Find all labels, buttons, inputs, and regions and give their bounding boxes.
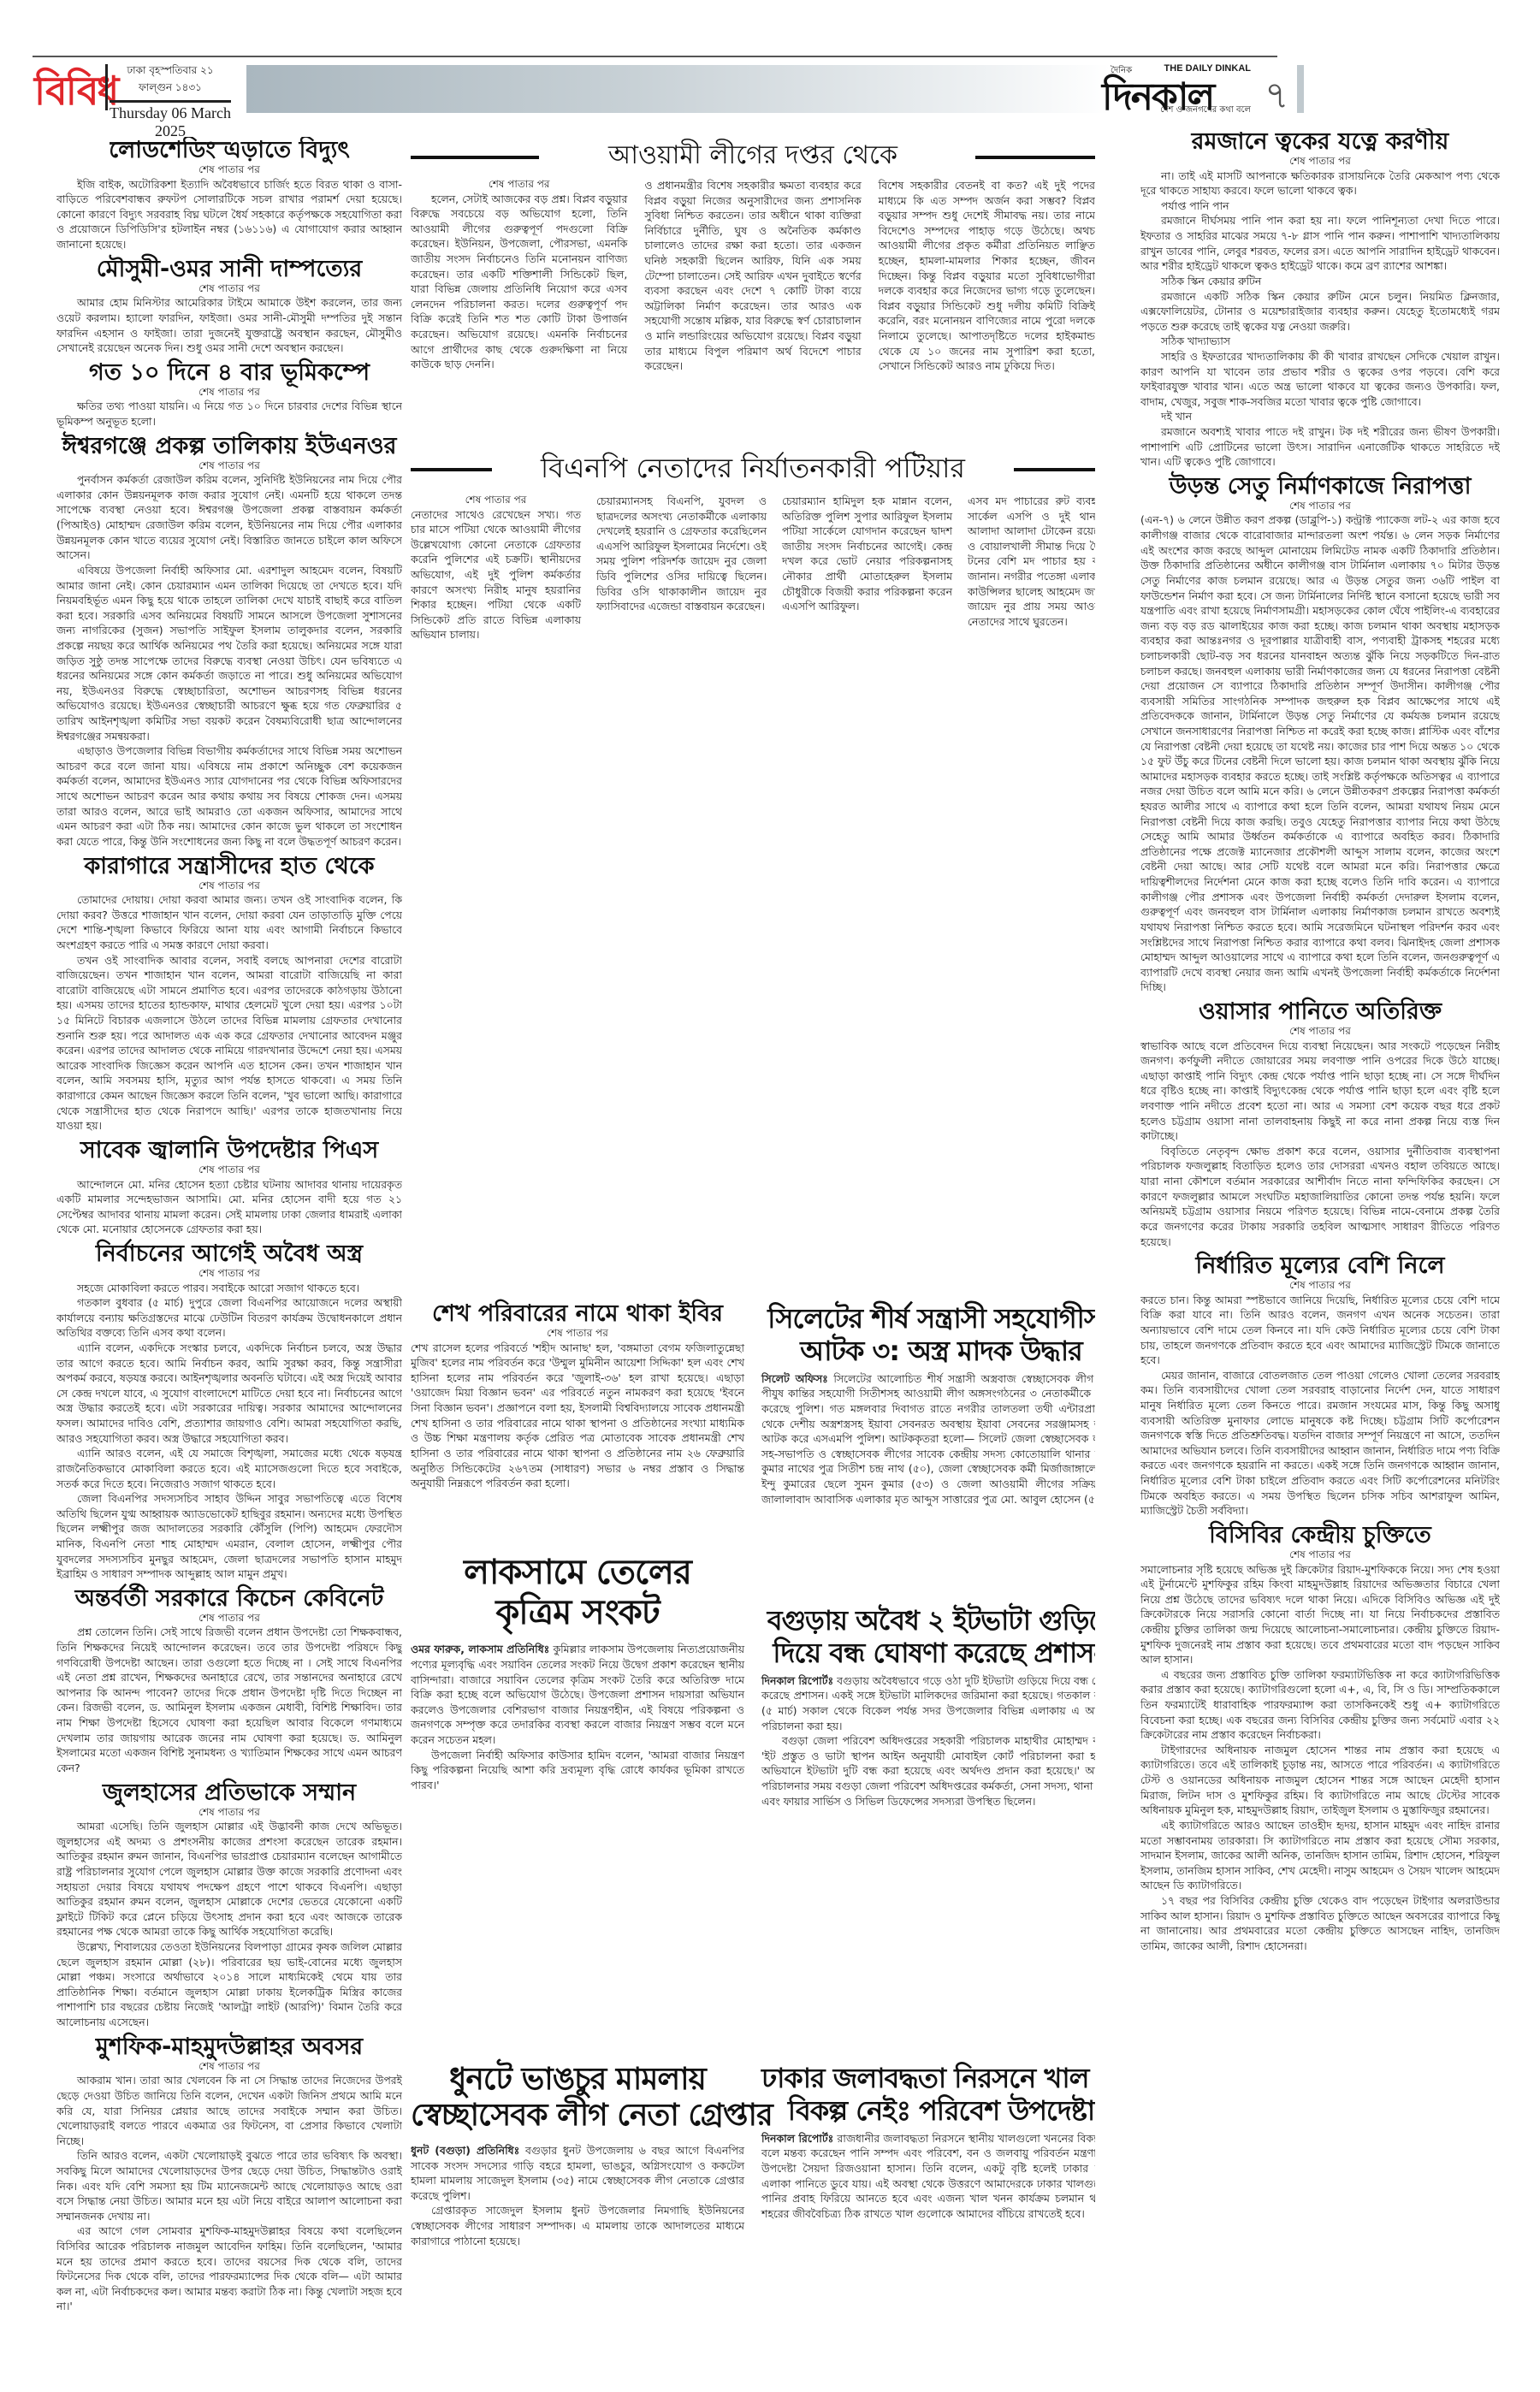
paragraph: এই ক্যাটাগরিতে আরও আছেন তাওহীদ হৃদয়, হা… [1140, 1818, 1500, 1893]
subheading: দই খান [1140, 409, 1500, 424]
story-headline: অন্তর্বর্তী সরকারে কিচেন কেবিনেট [56, 1585, 402, 1612]
text-column: এসব মদ পাচারের রুট ব্যবহার করতে সার্কেল … [968, 494, 1095, 642]
story-sylhet-arrest: সিলেটের শীর্ষ সন্ত্রাসী সহযোগীসহ আটক ৩: … [761, 1302, 1095, 1507]
paragraph: (এন-৭) ৬ লেনে উন্নীত করণ প্রকল্প (ডাব্লু… [1140, 512, 1500, 995]
story-body: আকরাম খান। তারা আর খেলবেন কি না সে সিদ্ধ… [56, 2073, 402, 2314]
headline-rule-right [1014, 468, 1095, 471]
story-headline: কারাগারে সন্ত্রাসীদের হাত থেকে [56, 853, 402, 879]
paragraph: ওমর ফারুক, লাকসাম প্রতিনিধিঃ কুমিল্লার ল… [411, 1642, 744, 1747]
paragraph-text: রাজধানীর জলাবদ্ধতা নিরসনে স্থানীয় খালগু… [761, 2132, 1095, 2220]
paragraph: নেতাদের সাথেও রেখেছেন সখ্য। গত চার মাসে … [411, 507, 581, 642]
story-body: করতে চান। কিন্তু আমরা স্পষ্টভাবে জানিয়ে… [1140, 1293, 1500, 1519]
story-body: শেখ রাসেল হলের পরিবর্তে 'শহীদ আনাছ' হল, … [411, 1341, 744, 1491]
story-headline: বিসিবির কেন্দ্রীয় চুক্তিতে [1140, 1522, 1500, 1548]
story-kitchen-cabinet: অন্তর্বর্তী সরকারে কিচেন কেবিনেট শেষ পাত… [56, 1585, 402, 1776]
continued-label: শেষ পাতার পর [411, 178, 627, 192]
story-ishwarganj: ঈশ্বরগঞ্জে প্রকল্প তালিকায় ইউএনওর শেষ প… [56, 433, 402, 850]
text-column: বিশেষ সহকারীর বেতনই বা কত? এই দুই পদের ম… [879, 178, 1095, 374]
logo-name: দিনকাল [1102, 68, 1213, 131]
story-julhas: জুলহাসের প্রতিভাকে সম্মান শেষ পাতার পর আ… [56, 1779, 402, 2030]
story-headline: ঢাকার জলাবদ্ধতা নিরসনে খাল খননের [761, 2062, 1095, 2094]
paragraph: করতে চান। কিন্তু আমরা স্পষ্টভাবে জানিয়ে… [1140, 1293, 1500, 1368]
paragraph: সহজে মোকাবিলা করতে পারব। সবাইকে আরো সজাগ… [56, 1281, 402, 1296]
story-headline-line2: স্বেচ্ছাসেবক লীগ নেতা গ্রেপ্তার [411, 2098, 744, 2134]
story-mushfiq-retirement: মুশফিক-মাহমুদউল্লাহর অবসর শেষ পাতার পর আ… [56, 2034, 402, 2314]
story-ramadan-skincare: রমজানে ত্বকের যত্নে করণীয় শেষ পাতার পর … [1140, 128, 1500, 470]
paragraph: বিশেষ সহকারীর বেতনই বা কত? এই দুই পদের ম… [879, 178, 1095, 374]
paragraph: ও প্রধানমন্ত্রীর বিশেষ সহকারীর ক্ষমতা ব্… [644, 178, 861, 374]
story-headline-line2: বিকল্প নেইঃ পরিবেশ উপদেষ্টা [761, 2094, 1095, 2127]
text-column: চেয়ারম্যানসহ বিএনপি, যুবদল ও ছাত্রদলের … [596, 494, 767, 642]
story-body: দিনকাল রিপোর্টঃ বগুড়ায় অবৈধভাবে গড়ে ও… [761, 1673, 1095, 1809]
story-illegal-arms: নির্বাচনের আগেই অবৈধ অস্ত্র শেষ পাতার পর… [56, 1240, 402, 1582]
continued-label: শেষ পাতার পর [411, 494, 581, 507]
paragraph: রমজানে দীর্ঘসময় পানি পান করা হয় না। ফল… [1140, 213, 1500, 273]
story-prison: কারাগারে সন্ত্রাসীদের হাত থেকে শেষ পাতার… [56, 853, 402, 1134]
paragraph: না। তাই এই মাসটি আপনাকে ক্ষতিকারক রাসায়… [1140, 169, 1500, 198]
story-dhunat-arrest: ধুনটে ভাঙচুর মামলায় স্বেচ্ছাসেবক লীগ নে… [411, 2062, 744, 2248]
logo-tagline: দেশ ও জনগণের কথা বলে [1160, 104, 1251, 118]
continued-label: শেষ পাতার পর [56, 459, 402, 473]
story-fixed-price: নির্ধারিত মূল্যের বেশি নিলে শেষ পাতার পর… [1140, 1252, 1500, 1519]
story-body: না। তাই এই মাসটি আপনাকে ক্ষতিকারক রাসায়… [1140, 169, 1500, 470]
story-headline-banner: বিএনপি নেতাদের নির্যাতনকারী পটিয়ার [411, 449, 1095, 487]
paragraph: সাহরি ও ইফতারের খাদ্যতালিকায় কী কী খাবা… [1140, 349, 1500, 409]
story-body: (এন-৭) ৬ লেনে উন্নীত করণ প্রকল্প (ডাব্লু… [1140, 512, 1500, 995]
story-body: আমরা এসেছি। তিনি জুলহাস মোল্লার এই উদ্ভা… [56, 1819, 402, 2030]
paragraph: দিনকাল রিপোর্টঃ বগুড়ায় অবৈধভাবে গড়ে ও… [761, 1673, 1095, 1733]
page-masthead: বিবিধ ঢাকা বৃহস্পতিবার ২১ ফাল্গুন ১৪৩১ T… [33, 60, 1277, 120]
story-headline: নির্বাচনের আগেই অবৈধ অস্ত্র [56, 1240, 402, 1267]
story-body: ওমর ফারুক, লাকসাম প্রতিনিধিঃ কুমিল্লার ল… [411, 1642, 744, 1792]
story-headline: ঈশ্বরগঞ্জে প্রকল্প তালিকায় ইউএনওর [56, 433, 402, 459]
subheading: সঠিক স্কিন কেয়ার রুটিন [1140, 274, 1500, 289]
continued-label: শেষ পাতার পর [56, 1612, 402, 1625]
continued-label: শেষ পাতার পর [1140, 1548, 1500, 1562]
paragraph: এসব মদ পাচারের রুট ব্যবহার করতে সার্কেল … [968, 494, 1095, 629]
continued-label: শেষ পাতার পর [56, 879, 402, 893]
paragraph: পুনর্বাসন কর্মকর্তা রেজাউল করিম বলেন, সু… [56, 472, 402, 563]
story-headline: মৌসুমী-ওমর সানী দাম্পত্যের [56, 256, 402, 282]
right-column: রমজানে ত্বকের যত্নে করণীয় শেষ পাতার পর … [1140, 128, 1500, 2387]
continued-label: শেষ পাতার পর [56, 282, 402, 296]
paragraph: আকরাম খান। তারা আর খেলবেন কি না সে সিদ্ধ… [56, 2073, 402, 2148]
story-headline: ধুনটে ভাঙচুর মামলায় [411, 2062, 744, 2098]
story-sheikh-family-iu: শেখ পরিবারের নামে থাকা ইবির শেষ পাতার পর… [411, 1300, 744, 1491]
paragraph: প্রশ্ন তোলেন তিনি। সেই সাথে রিজভী বলেন প… [56, 1625, 402, 1775]
headline-rule-left [411, 156, 539, 159]
paragraph: মেয়র জানান, বাজারে বোতলজাত তেল পাওয়া গ… [1140, 1368, 1500, 1519]
story-headline: বিএনপি নেতাদের নির্যাতনকারী পটিয়ার [541, 452, 965, 484]
story-bogura-brickfield: বগুড়ায় অবৈধ ২ ইটভাটা গুড়িয়ে দিয়ে বন… [761, 1604, 1095, 1809]
story-headline: শেখ পরিবারের নামে থাকা ইবির [411, 1300, 744, 1327]
paragraph: আমার হোম মিনিস্টার আমেরিকার টাইমে আমাকে … [56, 295, 402, 355]
paragraph: রমজানে একটি সঠিক স্কিন কেয়ার রুটিন মেনে… [1140, 289, 1500, 335]
continued-label: শেষ পাতার পর [1140, 500, 1500, 513]
paragraph: এর আগে গেল সোমবার মুশফিক-মাহমুদউল্লাহর ব… [56, 2223, 402, 2314]
continued-label: শেষ পাতার পর [56, 2060, 402, 2074]
paragraph: চেয়ারম্যান হামিদুল হক মান্নান বলেন, অতি… [782, 494, 952, 614]
story-headline: নির্ধারিত মূল্যের বেশি নিলে [1140, 1252, 1500, 1279]
continued-label: শেষ পাতার পর [56, 1267, 402, 1281]
paragraph: সমালোচনার সৃষ্টি হয়েছে অভিজ্ঞ দুই ক্রিক… [1140, 1562, 1500, 1667]
header-rule [33, 56, 1277, 57]
story-body: পুনর্বাসন কর্মকর্তা রেজাউল করিম বলেন, সু… [56, 472, 402, 849]
date-bangla: ঢাকা বৃহস্পতিবার ২১ ফাল্গুন ১৪৩১ [110, 63, 231, 103]
paragraph: গতকাল বুধবার (৫ মার্চ) দুপুরে জেলা বিএনপ… [56, 1295, 402, 1341]
story-headline: মুশফিক-মাহমুদউল্লাহর অবসর [56, 2034, 402, 2060]
paragraph: উল্লেখ্য, শিবালয়ের তেওতা ইউনিয়নের বিলপ… [56, 1939, 402, 2030]
story-body: প্রশ্ন তোলেন তিনি। সেই সাথে রিজভী বলেন প… [56, 1625, 402, 1775]
story-headline: রমজানে ত্বকের যত্নে করণীয় [1140, 128, 1500, 155]
story-flyover-safety: উড়ন্ত সেতু নির্মাণকাজে নিরাপত্তা শেষ পা… [1140, 473, 1500, 995]
story-columns: শেষ পাতার পর নেতাদের সাথেও রেখেছেন সখ্য।… [411, 494, 1095, 642]
paragraph: টাইগারদের অধিনায়ক নাজমুল হোসেন শান্তর ন… [1140, 1743, 1500, 1818]
story-body: ক্ষতির তথ্য পাওয়া যায়নি। এ নিয়ে গত ১০… [56, 399, 402, 429]
paragraph: তিনি আরও বলেন, একটা খেলোয়াড়ই বুঝতে পার… [56, 2148, 402, 2223]
masthead-divider [105, 64, 108, 110]
header-banner [246, 65, 1111, 113]
text-column: শেষ পাতার পর নেতাদের সাথেও রেখেছেন সখ্য।… [411, 494, 581, 642]
byline: সিলেট অফিসঃ [761, 1372, 828, 1385]
story-headline: গত ১০ দিনে ৪ বার ভূমিকম্পে [56, 359, 402, 386]
byline: দিনকাল রিপোর্টঃ [761, 1674, 833, 1687]
byline: দিনকাল রিপোর্টঃ [761, 2132, 833, 2145]
story-headline: জুলহাসের প্রতিভাকে সম্মান [56, 1779, 402, 1806]
paragraph: গ্রেপ্তারকৃত সাজেদুল ইসলাম ধুনট উপজেলার … [411, 2203, 744, 2248]
paragraph: এ বছরের জন্য প্রস্তাবিত চুক্তি তালিকা ফর… [1140, 1667, 1500, 1743]
story-headline: বগুড়ায় অবৈধ ২ ইটভাটা গুড়িয়ে [761, 1604, 1095, 1637]
paragraph: ক্ষতির তথ্য পাওয়া যায়নি। এ নিয়ে গত ১০… [56, 399, 402, 429]
story-loadshedding: লোডশেডিং এড়াতে বিদ্যুৎ শেষ পাতার পর ইজি… [56, 137, 402, 252]
headline-rule-right [975, 156, 1095, 159]
date-block: ঢাকা বৃহস্পতিবার ২১ ফাল্গুন ১৪৩১ Thursda… [110, 63, 231, 145]
story-body: ধুনট (বগুড়া) প্রতিনিধিঃ বগুড়ার ধুনট উপ… [411, 2143, 744, 2248]
paragraph: রমজানে অবশ্যই খাবার পাতে দই রাখুন। টক দই… [1140, 424, 1500, 470]
story-body: আমার হোম মিনিস্টার আমেরিকার টাইমে আমাকে … [56, 295, 402, 355]
story-bnp-torturer: বিএনপি নেতাদের নির্যাতনকারী পটিয়ার শেষ … [411, 449, 1095, 1270]
paragraph: জেলা বিএনপির সদস্যসচিব সাহাব উদ্দিন সাবু… [56, 1491, 402, 1582]
paragraph: দিনকাল রিপোর্টঃ রাজধানীর জলাবদ্ধতা নিরসন… [761, 2131, 1095, 2222]
paragraph: ইজি বাইক, অটোরিকশা ইত্যাদি অবৈধভাবে চার্… [56, 177, 402, 252]
continued-label: শেষ পাতার পর [411, 1327, 744, 1341]
paragraph-text: কুমিল্লার লাকসাম উপজেলায় নিত্যপ্রয়োজনী… [411, 1643, 744, 1746]
story-laksam-oil-crisis: লাকসামে তেলের কৃত্রিম সংকট ওমর ফারুক, লা… [411, 1553, 744, 1792]
story-headline-line2: কৃত্রিম সংকট [411, 1593, 744, 1633]
left-column: লোডশেডিং এড়াতে বিদ্যুৎ শেষ পাতার পর ইজি… [56, 137, 402, 2378]
continued-label: শেষ পাতার পর [56, 1163, 402, 1177]
story-wasa-water: ওয়াসার পানিতে অতিরিক্ত শেষ পাতার পর স্ব… [1140, 998, 1500, 1249]
paragraph: ধুনট (বগুড়া) প্রতিনিধিঃ বগুড়ার ধুনট উপ… [411, 2143, 744, 2203]
paragraph: চেয়ারম্যানসহ বিএনপি, যুবদল ও ছাত্রদলের … [596, 494, 767, 614]
paragraph: আন্দোলনে মো. মনির হোসেন হত্যা চেষ্টার ঘট… [56, 1177, 402, 1237]
continued-label: শেষ পাতার পর [56, 386, 402, 400]
story-body: তোমাদের দোয়ায়। দোয়া করবা আমার জন্য। ত… [56, 892, 402, 1134]
paragraph: বগুড়া জেলা পরিবেশ অধিদপ্তরের সহকারী পরি… [761, 1733, 1095, 1809]
story-body: ইজি বাইক, অটোরিকশা ইত্যাদি অবৈধভাবে চার্… [56, 177, 402, 252]
paragraph: এবিষয়ে উপজেলা নির্বাহী অফিসার মো. এরশাদ… [56, 563, 402, 743]
byline: ওমর ফারুক, লাকসাম প্রতিনিধিঃ [411, 1643, 549, 1655]
byline: ধুনট (বগুড়া) প্রতিনিধিঃ [411, 2144, 519, 2157]
paragraph: উপজেলা নির্বাহী অফিসার কাউসার হামিদ বলেন… [411, 1748, 744, 1793]
story-energy-adviser-ps: সাবেক জ্বালানি উপদেষ্টার পিএস শেষ পাতার … [56, 1137, 402, 1237]
paragraph: ১৭ বছর পর বিসিবির কেন্দ্রীয় চুক্তি থেকে… [1140, 1893, 1500, 1953]
continued-label: শেষ পাতার পর [56, 163, 402, 177]
story-headline: ওয়াসার পানিতে অতিরিক্ত [1140, 998, 1500, 1025]
text-column: ও প্রধানমন্ত্রীর বিশেষ সহকারীর ক্ষমতা ব্… [644, 178, 861, 374]
story-headline-line2: দিয়ে বন্ধ ঘোষণা করেছে প্রশাসন [761, 1637, 1095, 1669]
story-body: সমালোচনার সৃষ্টি হয়েছে অভিজ্ঞ দুই ক্রিক… [1140, 1562, 1500, 1954]
story-bcb-central-contract: বিসিবির কেন্দ্রীয় চুক্তিতে শেষ পাতার পর… [1140, 1522, 1500, 1953]
story-body: সিলেট অফিসঃ সিলেটের আলোচিত শীর্ষ সন্ত্রা… [761, 1371, 1095, 1507]
story-body: স্বাভাবিক আছে বলে প্রতিবেদন দিয়ে ব্যবস্… [1140, 1039, 1500, 1250]
paragraph: সিলেট অফিসঃ সিলেটের আলোচিত শীর্ষ সন্ত্রা… [761, 1371, 1095, 1507]
story-columns: শেষ পাতার পর হলেন, সেটাই আজকের বড় প্রশ্… [411, 178, 1095, 374]
paragraph: আমরা এসেছি। তিনি জুলহাস মোল্লার এই উদ্ভা… [56, 1819, 402, 1939]
paragraph-text: সিলেটের আলোচিত শীর্ষ সন্ত্রাসী অস্ত্রবাজ… [761, 1372, 1095, 1506]
story-body: দিনকাল রিপোর্টঃ রাজধানীর জলাবদ্ধতা নিরসন… [761, 2131, 1095, 2222]
paragraph: স্বাভাবিক আছে বলে প্রতিবেদন দিয়ে ব্যবস্… [1140, 1039, 1500, 1144]
paragraph: হলেন, সেটাই আজকের বড় প্রশ্ন। বিপ্লব বড়… [411, 192, 627, 372]
page-number: ৭ [1265, 67, 1289, 129]
paragraph: এছাড়াও উপজেলার বিভিন্ন বিভাগীয় কর্মকর্… [56, 743, 402, 849]
story-body: সহজে মোকাবিলা করতে পারব। সবাইকে আরো সজাগ… [56, 1281, 402, 1582]
headline-rule-left [411, 468, 492, 471]
text-column: শেষ পাতার পর হলেন, সেটাই আজকের বড় প্রশ্… [411, 178, 627, 374]
text-column: চেয়ারম্যান হামিদুল হক মান্নান বলেন, অতি… [782, 494, 952, 642]
story-earthquake: গত ১০ দিনে ৪ বার ভূমিকম্পে শেষ পাতার পর … [56, 359, 402, 429]
subheading: পর্যাপ্ত পানি পান [1140, 198, 1500, 214]
story-headline: লাকসামে তেলের [411, 1553, 744, 1593]
story-mousumi: মৌসুমী-ওমর সানী দাম্পত্যের শেষ পাতার পর … [56, 256, 402, 356]
paragraph: তোমাদের দোয়ায়। দোয়া করবা আমার জন্য। ত… [56, 892, 402, 952]
story-headline: সাবেক জ্বালানি উপদেষ্টার পিএস [56, 1137, 402, 1163]
story-body: আন্দোলনে মো. মনির হোসেন হত্যা চেষ্টার ঘট… [56, 1177, 402, 1237]
paragraph: এ্যানি বলেন, একদিকে সংস্কার চলবে, একদিকে… [56, 1341, 402, 1446]
story-headline: লোডশেডিং এড়াতে বিদ্যুৎ [56, 137, 402, 163]
paragraph: তখন ওই সাংবাদিক আবার বলেন, সবাই বলছে আপন… [56, 953, 402, 1134]
story-dhaka-waterlogging: ঢাকার জলাবদ্ধতা নিরসনে খাল খননের বিকল্প … [761, 2062, 1095, 2221]
story-headline-banner: আওয়ামী লীগের দপ্তর থেকে [411, 137, 1095, 175]
continued-label: শেষ পাতার পর [1140, 155, 1500, 169]
story-awami-league-office: আওয়ামী লীগের দপ্তর থেকে শেষ পাতার পর হল… [411, 137, 1095, 436]
story-headline: আওয়ামী লীগের দপ্তর থেকে [608, 140, 897, 170]
continued-label: শেষ পাতার পর [1140, 1279, 1500, 1293]
story-headline-line2: আটক ৩: অস্ত্র মাদক উদ্ধার [761, 1335, 1095, 1367]
paragraph: এ্যানি আরও বলেন, এই যে সমাজে বিশৃঙ্খলা, … [56, 1446, 402, 1491]
paragraph: শেখ রাসেল হলের পরিবর্তে 'শহীদ আনাছ' হল, … [411, 1341, 744, 1491]
continued-label: শেষ পাতার পর [56, 1806, 402, 1820]
story-headline: উড়ন্ত সেতু নির্মাণকাজে নিরাপত্তা [1140, 473, 1500, 500]
page-number-stripe [1297, 65, 1304, 113]
middle-column: আওয়ামী লীগের দপ্তর থেকে শেষ পাতার পর হল… [411, 137, 1095, 2378]
continued-label: শেষ পাতার পর [1140, 1025, 1500, 1039]
subheading: সঠিক খাদ্যাভ্যাস [1140, 334, 1500, 349]
paragraph: বিবৃতিতে নেতৃবৃন্দ ক্ষোভ প্রকাশ করে বলেন… [1140, 1144, 1500, 1249]
newspaper-logo: দৈনিক THE DAILY DINKAL দিনকাল দেশ ও জনগণ… [1102, 62, 1256, 118]
story-headline: সিলেটের শীর্ষ সন্ত্রাসী সহযোগীসহ [761, 1302, 1095, 1335]
